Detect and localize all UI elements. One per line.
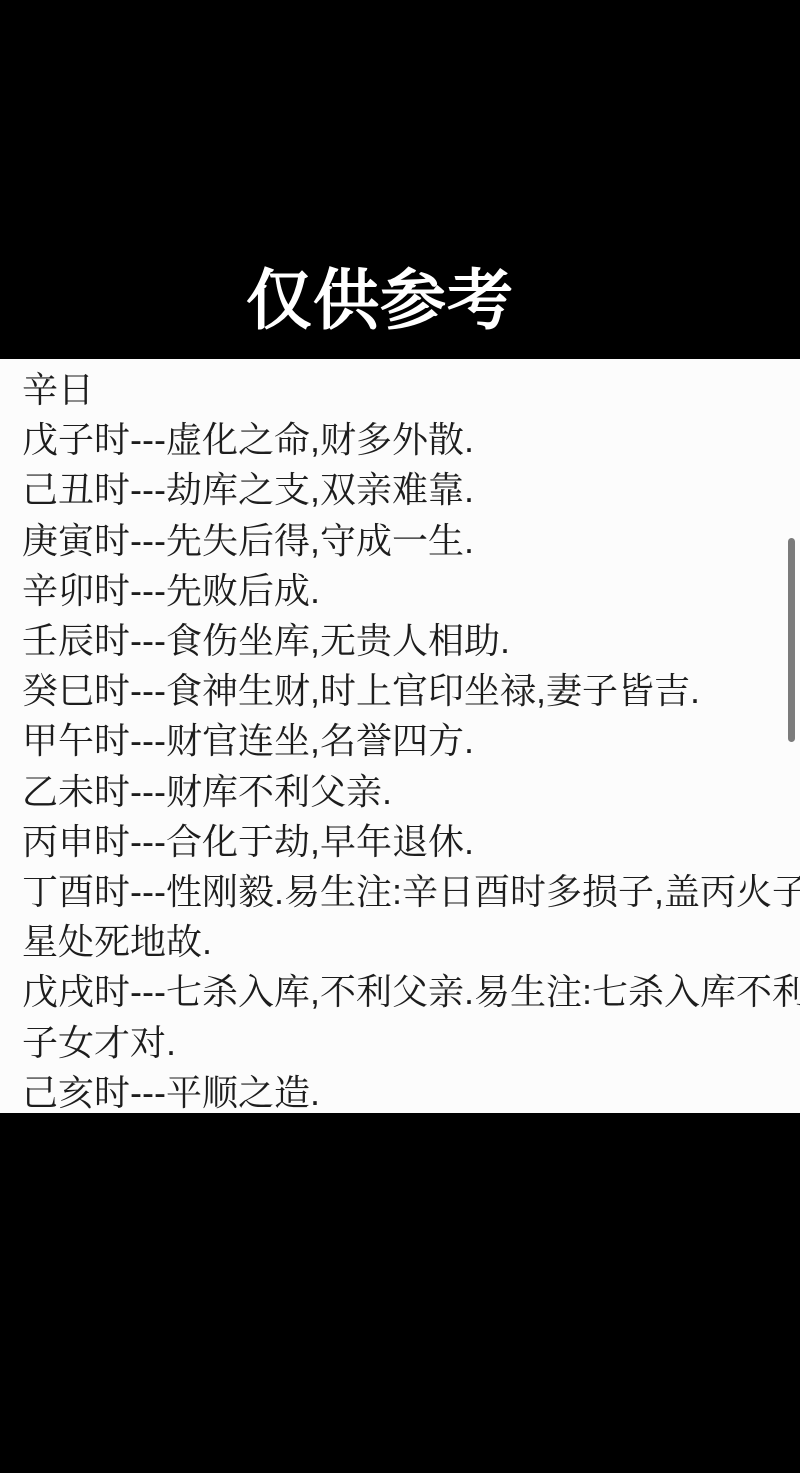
fortune-line-continuation: 子女才对. (22, 1018, 790, 1068)
screenshot-root: 仅供参考 抖音号 辛日 戊子时---虚化之命,财多外散. 己丑时---劫库之支,… (0, 0, 800, 1473)
fortune-line: 丙申时---合化于劫,早年退休. (22, 817, 790, 867)
fortune-line: 丁酉时---性刚毅.易生注:辛日酉时多损子,盖丙火子 (22, 867, 790, 917)
page-title: 仅供参考 (0, 266, 800, 335)
fortune-line: 己丑时---劫库之支,双亲难靠. (22, 465, 790, 515)
fortune-line: 壬辰时---食伤坐库,无贵人相助. (22, 616, 790, 666)
fortune-line: 庚寅时---先失后得,守成一生. (22, 516, 790, 566)
fortune-line: 戊戌时---七杀入库,不利父亲.易生注:七杀入库不利 (22, 967, 790, 1017)
fortune-text-block: 辛日 戊子时---虚化之命,财多外散. 己丑时---劫库之支,双亲难靠. 庚寅时… (22, 365, 790, 1118)
fortune-line: 己亥时---平顺之造. (22, 1068, 790, 1118)
fortune-line-continuation: 星处死地故. (22, 917, 790, 967)
top-black-banner: 仅供参考 (0, 0, 800, 359)
bottom-black-banner (0, 1113, 800, 1473)
fortune-line: 癸巳时---食神生财,时上官印坐禄,妻子皆吉. (22, 666, 790, 716)
fortune-line-day-header: 辛日 (22, 365, 790, 415)
fortune-text-sheet: 抖音号 辛日 戊子时---虚化之命,财多外散. 己丑时---劫库之支,双亲难靠.… (0, 359, 800, 1113)
fortune-line: 甲午时---财官连坐,名誉四方. (22, 716, 790, 766)
fortune-line: 乙未时---财库不利父亲. (22, 767, 790, 817)
fortune-line: 戊子时---虚化之命,财多外散. (22, 415, 790, 465)
scrollbar-thumb[interactable] (788, 538, 795, 742)
fortune-line: 辛卯时---先败后成. (22, 566, 790, 616)
